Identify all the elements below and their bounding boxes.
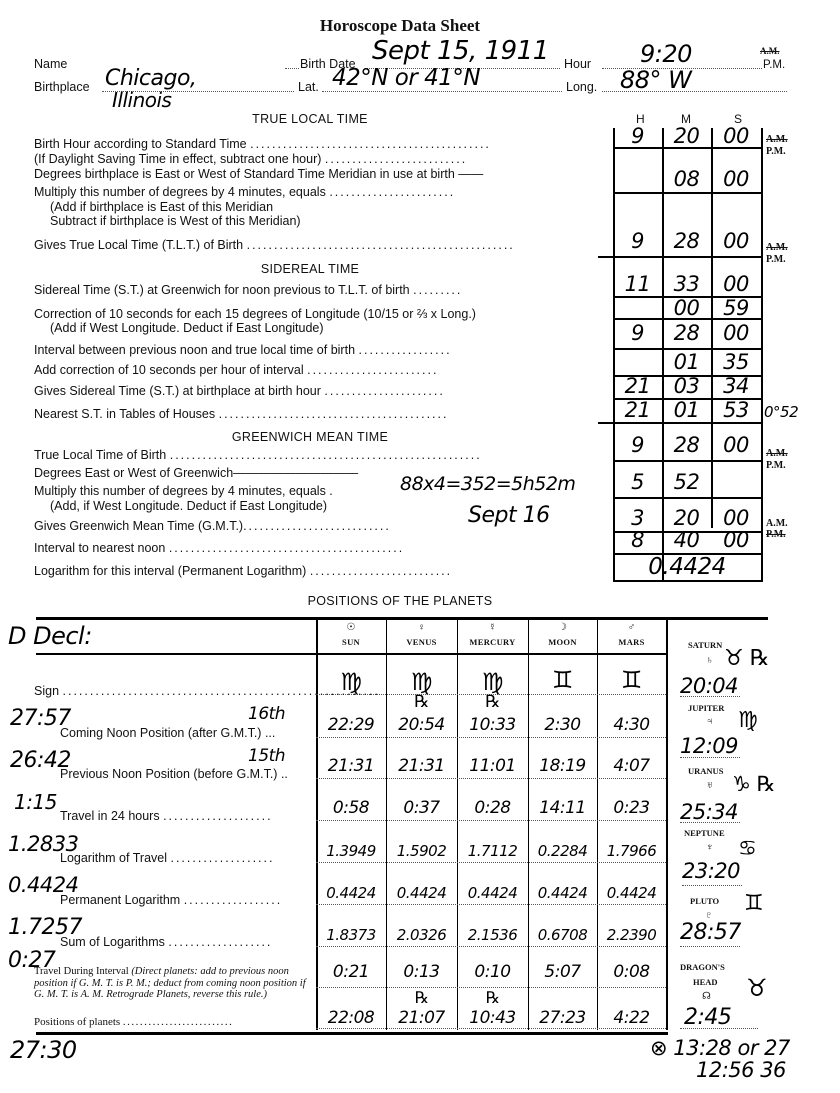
log-travel-moon: 0.2284 [528, 842, 597, 860]
planets-top-rule [36, 617, 768, 620]
moon-icon: ☽ [528, 622, 597, 633]
gmt-line-interval: Interval to nearest noon ...............… [34, 541, 404, 555]
gmt-interval-s: 00 [711, 528, 761, 552]
decl-note: D Decl: [8, 622, 92, 650]
gmt-degrees-h: 5 [613, 470, 662, 494]
travel-24-venus: 0:37 [386, 798, 457, 818]
st-interval-h: 9 [613, 321, 662, 345]
gmt-tlt-h: 9 [613, 433, 662, 457]
sum-logs-venus: 2.0326 [386, 926, 457, 944]
footer-note-2: 12:56 36 [696, 1058, 786, 1082]
gmt-log-value: 0.4424 [613, 554, 761, 580]
coming-noon-mars: 4:30 [597, 715, 666, 735]
am-label: A.M. [760, 46, 780, 57]
st-interval-s: 00 [711, 321, 761, 345]
log-travel-sun: 1.3949 [316, 842, 386, 860]
mars-icon: ♂ [597, 622, 666, 633]
previous-noon-sun: 21:31 [316, 756, 386, 776]
st-line-add-west: (Add if West Longitude. Deduct if East L… [50, 321, 324, 335]
row-label-perm-log: Permanent Logarithm .................. [60, 893, 282, 907]
st-line-correction: Correction of 10 seconds for each 15 deg… [34, 307, 476, 321]
tlt-correction-s: 00 [711, 167, 761, 191]
lat-field[interactable] [322, 91, 562, 92]
st-line-gives: Gives Sidereal Time (S.T.) at birthplace… [34, 384, 445, 398]
tlt-birth-hour-h: 9 [613, 124, 662, 148]
st-greenwich-s: 00 [711, 272, 761, 296]
venus-icon: ♀ [386, 622, 457, 633]
lat-label: Lat. [298, 80, 319, 94]
sign-moon: ♊ [528, 666, 597, 694]
row-label-previous-noon: Previous Noon Position (before G.M.T.) .… [60, 767, 288, 781]
gmt-line-gives: Gives Greenwich Mean Time (G.M.T.)......… [34, 519, 391, 533]
pluto-position: 28:57 [680, 920, 741, 945]
gmt-calc-note: 88x4=352=5h52m [400, 473, 575, 495]
retro-mercury: ℞ [457, 692, 528, 712]
st-line-interval: Interval between previous noon and true … [34, 343, 452, 357]
mercury-icon: ☿ [457, 622, 528, 633]
st-birthplace-s: 34 [711, 374, 761, 398]
st-nearest-note: 0°52 [764, 403, 798, 421]
neptune-sign: ♋ [738, 836, 756, 860]
st-nearest-m: 01 [662, 398, 711, 422]
birthplace-label: Birthplace [34, 80, 90, 94]
st-line-nearest: Nearest S.T. in Tables of Houses .......… [34, 407, 448, 421]
tlt-line-birth-hour: Birth Hour according to Standard Time ..… [34, 137, 491, 151]
st-add-correction-s: 35 [711, 350, 761, 374]
neptune-position-rule [682, 885, 742, 886]
saturn-sign: ♉ ℞ [724, 646, 769, 671]
coming-noon-sun: 22:29 [316, 715, 386, 735]
planets-heading: POSITIONS OF THE PLANETS [200, 594, 600, 608]
true-local-time-heading: TRUE LOCAL TIME [180, 112, 440, 126]
dragons-head-icon: ☊ [702, 991, 711, 1002]
column-header-mercury: ☿ MERCURY [457, 622, 528, 647]
sidereal-time-heading: SIDEREAL TIME [180, 262, 440, 276]
outer-jupiter: JUPITER [688, 703, 724, 713]
position-mars: 4:22 [597, 1008, 666, 1028]
page-title: Horoscope Data Sheet [0, 16, 800, 36]
position-venus: 21:07 [386, 1008, 457, 1028]
log-travel-mars: 1.7966 [597, 842, 666, 860]
pm-label: P.M. [763, 59, 785, 71]
sum-logs-sun: 1.8373 [316, 926, 386, 944]
outer-dragons-head: DRAGON'S [680, 962, 725, 972]
position-sun: 22:08 [316, 1008, 386, 1028]
travel-interval-sun: 0:21 [316, 962, 386, 982]
col-header-rule [316, 653, 666, 655]
row-label-coming-noon: Coming Noon Position (after G.M.T.) ... [60, 726, 275, 740]
outer-pluto: PLUTO [690, 896, 719, 906]
column-header-sun: ☉ SUN [316, 622, 386, 647]
row-label-sum-logs: Sum of Logarithms ................... [60, 935, 272, 949]
margin-positions: 27:30 [10, 1036, 77, 1064]
tlt-result-pm-label: P.M. [766, 254, 786, 265]
gmt-interval-m: 40 [662, 528, 711, 552]
uranus-icon: ♅ [706, 780, 714, 791]
tlt-result-h: 9 [613, 229, 662, 253]
name-label: Name [34, 57, 67, 71]
tlt-line-add-east: (Add if birthplace is East of this Merid… [50, 200, 273, 214]
previous-noon-moon: 18:19 [528, 756, 597, 776]
gmt-pm-label: P.M. [766, 529, 786, 540]
outer-uranus: URANUS [688, 766, 723, 776]
perm-log-venus: 0.4424 [386, 884, 457, 902]
st-greenwich-h: 11 [613, 272, 662, 296]
log-travel-mercury: 1.7112 [457, 842, 528, 860]
birthplace-value-line2: Illinois [112, 88, 171, 112]
dragons-head-position: 2:45 [684, 1005, 731, 1030]
gmt-result-s: 00 [711, 506, 761, 530]
birth-date-value: Sept 15, 1911 [372, 36, 549, 66]
margin-previous-noon-day: 15th [248, 746, 285, 766]
dragons-head-position-rule [680, 1028, 758, 1029]
pluto-position-rule [680, 946, 740, 947]
gmt-line-degrees: Degrees East or West of Greenwich———————… [34, 466, 358, 480]
travel-24-sun: 0:58 [316, 798, 386, 818]
tlt-result-am-label: A.M. [766, 242, 788, 253]
sum-logs-mars: 2.2390 [597, 926, 666, 944]
coming-noon-moon: 2:30 [528, 715, 597, 735]
column-header-mars: ♂ MARS [597, 622, 666, 647]
travel-24-mars: 0:23 [597, 798, 666, 818]
previous-noon-mercury: 11:01 [457, 756, 528, 776]
row-label-log-travel: Logarithm of Travel ................... [60, 851, 274, 865]
neptune-position: 23:20 [682, 859, 740, 883]
retro-mercury-2: ℞ [457, 988, 528, 1007]
jupiter-position: 12:09 [680, 734, 738, 758]
tlt-line-degrees: Degrees birthplace is East or West of St… [34, 167, 483, 181]
row-label-travel-24: Travel in 24 hours .................... [60, 809, 273, 823]
column-header-venus: ♀ VENUS [386, 622, 457, 647]
perm-log-mercury: 0.4424 [457, 884, 528, 902]
travel-interval-mercury: 0:10 [457, 962, 528, 982]
st-interval-m: 28 [662, 321, 711, 345]
log-travel-venus: 1.5902 [386, 842, 457, 860]
gmt-degrees-m: 52 [662, 470, 711, 494]
gmt-line-logarithm: Logarithm for this interval (Permanent L… [34, 564, 452, 578]
lat-value: 42°N or 41°N [332, 65, 480, 91]
gmt-result-h: 3 [613, 506, 662, 530]
gmt-interval-h: 8 [613, 528, 662, 552]
gmt-line-tlt: True Local Time of Birth ...............… [34, 448, 482, 462]
gmt-result-m: 20 [662, 506, 711, 530]
row-label-positions: Positions of planets ...................… [34, 1016, 233, 1028]
saturn-icon: ♄ [706, 655, 714, 666]
travel-24-moon: 14:11 [528, 798, 597, 818]
travel-interval-venus: 0:13 [386, 962, 457, 982]
outer-saturn: SATURN [688, 640, 722, 650]
st-nearest-h: 21 [613, 398, 662, 422]
long-value: 88° W [620, 66, 691, 94]
sign-mars: ♊ [597, 666, 666, 694]
uranus-position-rule [680, 822, 740, 823]
gmt-tlt-pm-label: P.M. [766, 460, 786, 471]
gmt-date-note: Sept 16 [468, 503, 550, 528]
sign-sun: ♍ [316, 668, 386, 696]
saturn-position: 20:04 [680, 674, 738, 698]
tlt-line-multiply: Multiply this number of degrees by 4 min… [34, 185, 455, 199]
footer-note-1: ⊗ 13:28 or 27 [650, 1036, 790, 1060]
saturn-position-rule [680, 696, 740, 697]
tlt-result-m: 28 [662, 229, 711, 253]
previous-noon-mars: 4:07 [597, 756, 666, 776]
uranus-position: 25:34 [680, 800, 738, 824]
gmt-tlt-am-label: A.M. [766, 448, 788, 459]
travel-24-mercury: 0:28 [457, 798, 528, 818]
perm-log-moon: 0.4424 [528, 884, 597, 902]
margin-sum-logs: 1.7257 [8, 915, 82, 940]
st-birthplace-h: 21 [613, 374, 662, 398]
margin-perm-log: 0.4424 [8, 873, 78, 897]
sum-logs-mercury: 2.1536 [457, 926, 528, 944]
travel-interval-mars: 0:08 [597, 962, 666, 982]
st-line-greenwich: Sidereal Time (S.T.) at Greenwich for no… [34, 283, 462, 297]
retro-venus-2: ℞ [386, 988, 457, 1007]
margin-coming-noon-day: 16th [248, 704, 285, 724]
st-correction-s: 59 [711, 296, 761, 320]
margin-previous-noon: 26:42 [10, 748, 71, 773]
tlt-line-subtract-west: Subtract if birthplace is West of this M… [50, 214, 301, 228]
tlt-line-gives: Gives True Local Time (T.L.T.) of Birth … [34, 238, 515, 252]
jupiter-sign: ♍ [738, 708, 757, 733]
neptune-icon: ♆ [706, 842, 714, 853]
gmt-line-add-west: (Add, if West Longitude. Deduct if East … [50, 499, 327, 513]
retro-venus: ℞ [386, 692, 457, 712]
tlt-correction-m: 08 [662, 167, 711, 191]
label-header-rule [36, 653, 316, 655]
perm-log-sun: 0.4424 [316, 884, 386, 902]
sun-icon: ☉ [316, 622, 386, 633]
dragons-head-sign: ♉ [746, 974, 767, 1002]
sum-logs-moon: 0.6708 [528, 926, 597, 944]
margin-travel-24: 1:15 [14, 790, 57, 814]
gmt-am-label: A.M. [766, 518, 788, 529]
gmt-tlt-m: 28 [662, 433, 711, 457]
outer-neptune: NEPTUNE [684, 828, 725, 838]
margin-coming-noon: 27:57 [10, 706, 71, 731]
hour-value: 9:20 [640, 40, 692, 68]
row-label-travel-interval: Travel During Interval (Direct planets: … [34, 966, 312, 1001]
hour-label: Hour [564, 57, 591, 71]
pluto-sign: ♊ [744, 891, 763, 916]
jupiter-icon: ♃ [706, 716, 714, 727]
st-greenwich-m: 33 [662, 272, 711, 296]
coming-noon-venus: 20:54 [386, 715, 457, 735]
gmt-line-multiply: Multiply this number of degrees by 4 min… [34, 484, 333, 498]
margin-travel-interval: 0:27 [8, 948, 55, 973]
uranus-sign: ♑ ℞ [732, 772, 775, 796]
column-header-moon: ☽ MOON [528, 622, 597, 647]
perm-log-mars: 0.4424 [597, 884, 666, 902]
name-dots [285, 68, 299, 69]
planets-bottom-rule [36, 1032, 668, 1035]
st-add-correction-m: 01 [662, 350, 711, 374]
st-line-add-correction: Add correction of 10 seconds per hour of… [34, 363, 438, 377]
position-moon: 27:23 [528, 1008, 597, 1028]
outer-dragons-head-2: HEAD [693, 977, 718, 987]
previous-noon-venus: 21:31 [386, 756, 457, 776]
tlt-birth-hour-s: 00 [711, 124, 761, 148]
tlt-am-label: A.M. [766, 134, 788, 145]
tlt-pm-label: P.M. [766, 146, 786, 157]
travel-interval-moon: 5:07 [528, 962, 597, 982]
st-nearest-s: 53 [711, 398, 761, 422]
gmt-heading: GREENWICH MEAN TIME [180, 430, 440, 444]
st-correction-m: 00 [662, 296, 711, 320]
gmt-tlt-s: 00 [711, 433, 761, 457]
st-birthplace-m: 03 [662, 374, 711, 398]
tlt-result-s: 00 [711, 229, 761, 253]
tlt-birth-hour-m: 20 [662, 124, 711, 148]
tlt-line-dst: (If Daylight Saving Time in effect, subt… [34, 152, 467, 166]
margin-log-travel: 1.2833 [8, 832, 78, 856]
coming-noon-mercury: 10:33 [457, 715, 528, 735]
jupiter-position-rule [680, 757, 740, 758]
long-label: Long. [566, 80, 597, 94]
position-mercury: 10:43 [457, 1008, 528, 1028]
